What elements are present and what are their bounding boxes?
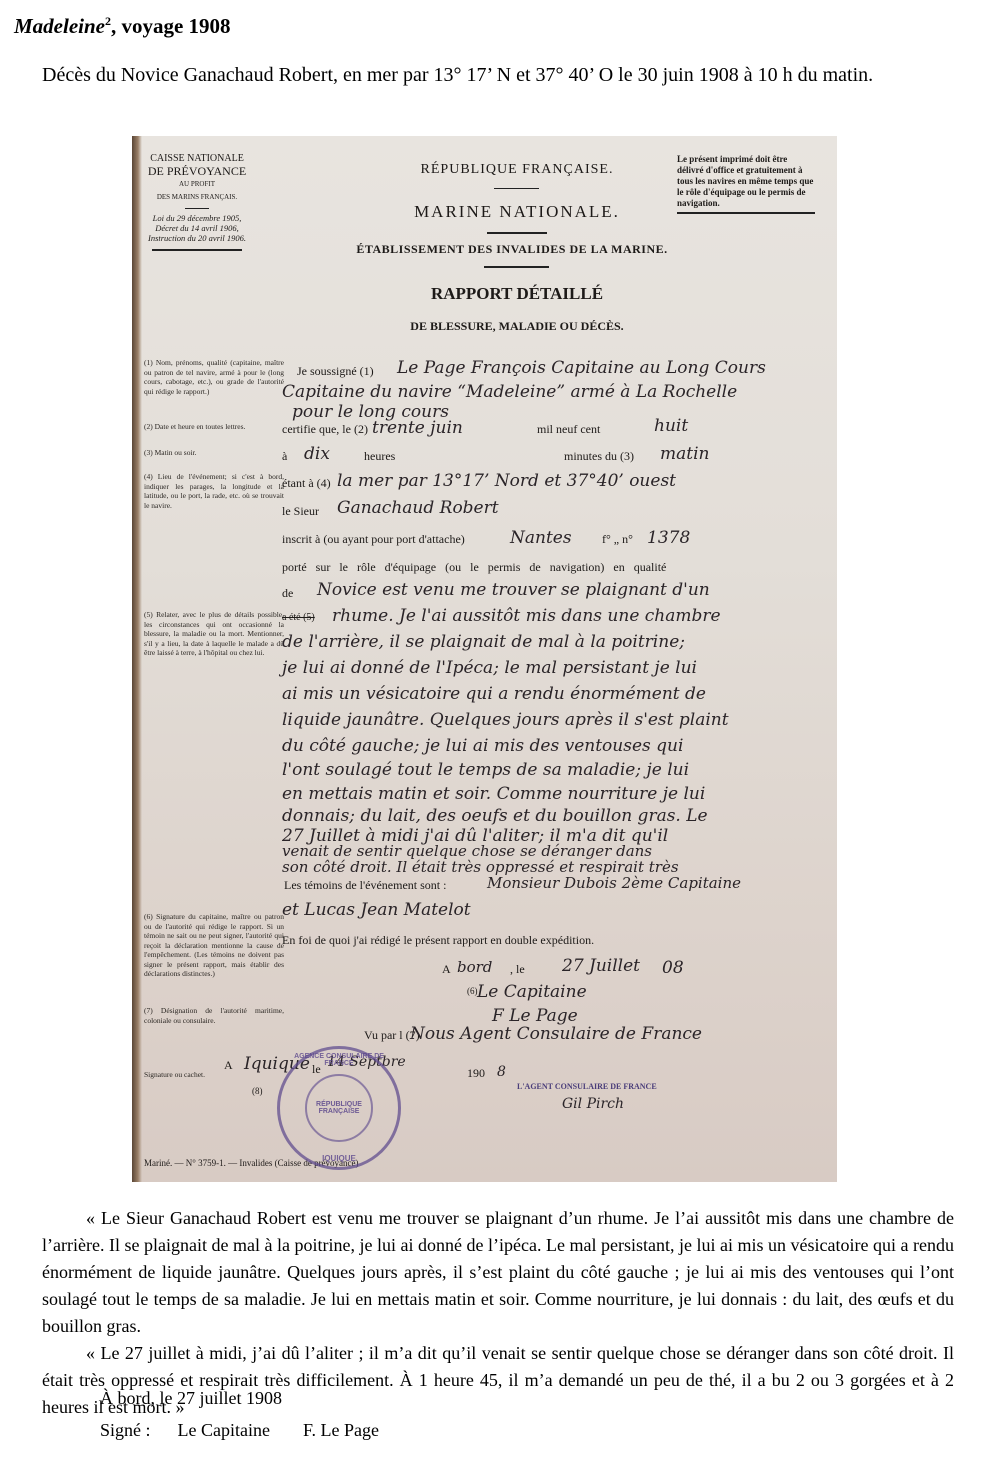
label-a2: A xyxy=(224,1058,233,1073)
agent-stamp-text: L'AGENT CONSULAIRE DE FRANCE xyxy=(517,1082,657,1091)
scanned-form-photo: CAISSE NATIONALE DE PRÉVOYANCE AU PROFIT… xyxy=(132,136,837,1182)
hw-name: Le Page François Capitaine au Long Cours xyxy=(397,358,766,378)
hw-agent-signature: Gil Pirch xyxy=(562,1096,624,1112)
signed-role: Le Capitaine xyxy=(178,1420,270,1440)
stamp-center: RÉPUBLIQUE FRANÇAISE xyxy=(305,1074,373,1142)
hw-num: 1378 xyxy=(647,528,690,548)
hw-signature: F Le Page xyxy=(492,1006,578,1026)
hw-body-line: je lui ai donné de l'Ipéca; le mal persi… xyxy=(282,658,697,678)
title-republique: RÉPUBLIQUE FRANÇAISE. xyxy=(292,162,742,178)
label-folio: f° „ n° xyxy=(602,532,633,547)
hw-date-sign: 27 Juillet xyxy=(562,956,640,976)
hw-body-line: liquide jaunâtre. Quelques jours après i… xyxy=(282,710,729,730)
document-heading: Madeleine2, voyage 1908 xyxy=(14,14,231,39)
margin-note-6: (6) Signature du capitaine, maître ou pa… xyxy=(144,912,284,979)
hw-place: la mer par 13°17’ Nord et 37°40’ ouest xyxy=(337,471,676,491)
hw-body-line: donnais; du lait, des oeufs et du bouill… xyxy=(282,806,708,826)
law-line3: Instruction du 20 avril 1906. xyxy=(142,233,252,243)
margin-note-5: (5) Relater, avec le plus de détails pos… xyxy=(144,610,284,658)
hw-body-line: l'ont soulagé tout le temps de sa maladi… xyxy=(282,760,689,780)
label-certifie: certifie que, le (2) xyxy=(282,422,368,437)
label-a-ete: a été (5) xyxy=(282,612,315,623)
stamp-bottom-text: IQUIQUE xyxy=(280,1154,398,1163)
hw-witness2: et Lucas Jean Matelot xyxy=(282,900,471,920)
label-year: 190 xyxy=(467,1066,485,1081)
caisse-box: CAISSE NATIONALE DE PRÉVOYANCE AU PROFIT… xyxy=(142,152,252,251)
hw-port: Nantes xyxy=(510,528,572,548)
hw-date: trente juin xyxy=(372,418,463,438)
law-line2: Décret du 14 avril 1906, xyxy=(142,223,252,233)
place-date: À bord, le 27 juillet 1908 xyxy=(100,1388,282,1409)
divider xyxy=(484,266,549,268)
signed-name: F. Le Page xyxy=(303,1420,379,1440)
caisse-line4: DES MARINS FRANÇAIS. xyxy=(142,191,252,204)
caisse-line3: AU PROFIT xyxy=(142,178,252,191)
hw-bord: bord xyxy=(457,958,492,976)
margin-note-2: (2) Date et heure en toutes lettres. xyxy=(144,422,284,432)
label-porte: porté sur le rôle d'équipage (ou le perm… xyxy=(282,560,666,575)
hw-body-line: rhume. Je l'ai aussitôt mis dans une cha… xyxy=(332,606,721,626)
divider xyxy=(487,232,547,234)
hw-year: huit xyxy=(654,416,688,436)
hw-qualite: Novice est venu me trouver se plaignant … xyxy=(317,580,710,600)
ship-name: Madeleine xyxy=(14,14,105,38)
intro-paragraph: Décès du Novice Ganachaud Robert, en mer… xyxy=(42,62,962,89)
hw-capitaine: Le Capitaine xyxy=(477,982,587,1002)
title-blessure: DE BLESSURE, MALADIE OU DÉCÈS. xyxy=(292,319,742,334)
label-minutes: minutes du (3) xyxy=(564,449,634,464)
label-six: (6) xyxy=(467,986,478,996)
hw-line2: Capitaine du navire “Madeleine” armé à L… xyxy=(282,382,737,402)
margin-note-3: (3) Matin ou soir. xyxy=(144,448,284,458)
label-a: à xyxy=(282,449,287,464)
label-sieur: le Sieur xyxy=(282,504,319,519)
hw-year-vu: 8 xyxy=(497,1064,506,1080)
label-je-soussigne: Je soussigné (1) xyxy=(297,364,374,379)
consular-stamp: AGENCE CONSULAIRE DE FRANCE RÉPUBLIQUE F… xyxy=(277,1046,401,1170)
hw-body-line: en mettais matin et soir. Comme nourritu… xyxy=(282,784,705,804)
stamp-center-line1: RÉPUBLIQUE xyxy=(316,1101,362,1108)
label-mil: mil neuf cent xyxy=(537,422,600,437)
caisse-line2: DE PRÉVOYANCE xyxy=(142,165,252,178)
title-rapport: RAPPORT DÉTAILLÉ xyxy=(292,284,742,304)
hw-body-line: du côté gauche; je lui ai mis des ventou… xyxy=(282,736,683,756)
signed-label: Signé : xyxy=(100,1420,151,1440)
title-etablissement: ÉTABLISSEMENT DES INVALIDES DE LA MARINE… xyxy=(272,242,752,257)
hw-sieur: Ganachaud Robert xyxy=(337,498,499,518)
margin-note-7: (7) Désignation de l'autorité maritime, … xyxy=(144,1006,284,1025)
divider xyxy=(494,188,539,189)
margin-note-4: (4) Lieu de l'événement; si c'est à bord… xyxy=(144,472,284,510)
margin-note-1: (1) Nom, prénoms, qualité (capitaine, ma… xyxy=(144,358,284,396)
hw-witness1: Monsieur Dubois 2ème Capitaine xyxy=(487,874,741,892)
label-de: de xyxy=(282,586,293,601)
hw-hour: dix xyxy=(304,444,330,464)
label-eight: (8) xyxy=(252,1086,263,1096)
transcript-paragraph-1: « Le Sieur Ganachaud Robert est venu me … xyxy=(42,1205,954,1340)
hw-body-line: de l'arrière, il se plaignait de mal à l… xyxy=(282,632,685,652)
divider xyxy=(185,208,209,209)
law-line1: Loi du 29 décembre 1905, xyxy=(142,213,252,223)
label-etant: étant à (4) xyxy=(282,476,331,491)
stamp-center-line2: FRANÇAISE xyxy=(319,1108,360,1115)
label-en-foi: En foi de quoi j'ai rédigé le présent ra… xyxy=(282,933,594,948)
signature-line: Signé : Le Capitaine F. Le Page xyxy=(100,1420,379,1441)
stamp-ring-text: AGENCE CONSULAIRE DE FRANCE xyxy=(280,1053,398,1067)
heading-rest: , voyage 1908 xyxy=(111,14,231,38)
divider xyxy=(152,249,242,251)
book-binding-shadow xyxy=(132,136,142,1182)
label-heures: heures xyxy=(364,449,395,464)
title-marine: MARINE NATIONALE. xyxy=(292,202,742,222)
label-inscrit: inscrit à (ou ayant pour port d'attache) xyxy=(282,532,465,547)
hw-body-line: ai mis un vésicatoire qui a rendu énormé… xyxy=(282,684,706,704)
hw-year-sign: 08 xyxy=(662,958,684,978)
hw-period: matin xyxy=(660,444,709,464)
hw-vu: Nous Agent Consulaire de France xyxy=(410,1024,702,1044)
